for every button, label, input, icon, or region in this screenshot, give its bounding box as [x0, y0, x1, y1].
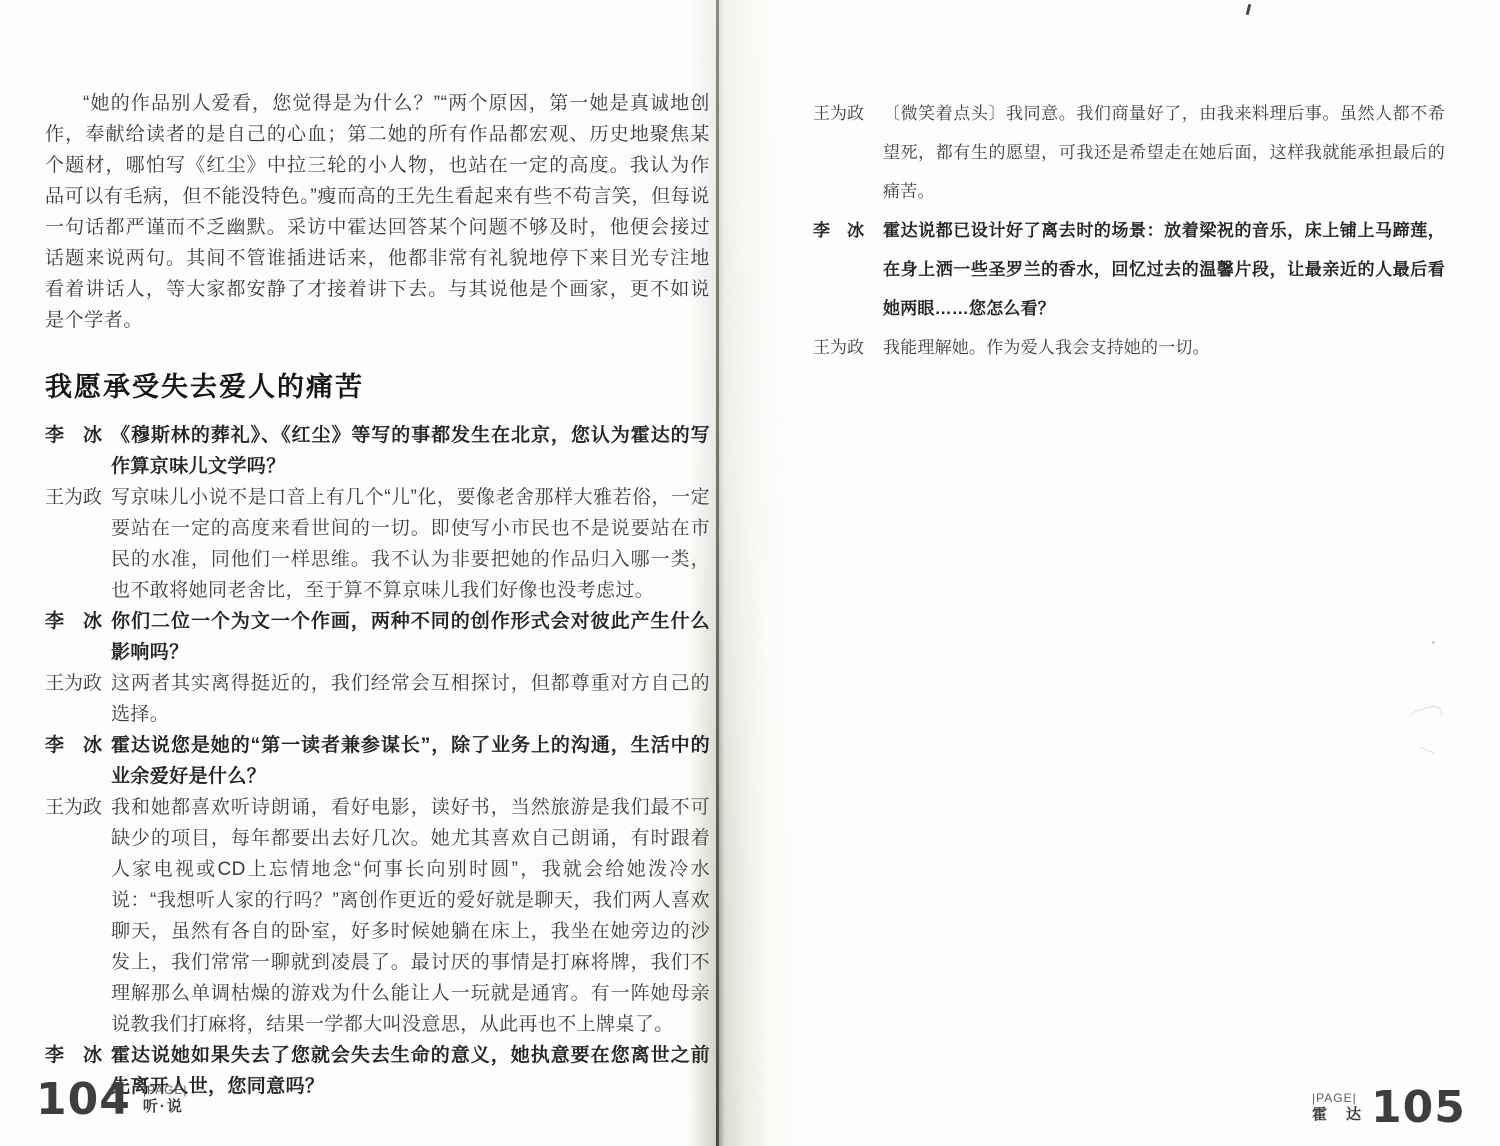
- qa-text: 这两者其实离得挺近的，我们经常会互相探讨，但都尊重对方自己的选择。: [111, 668, 710, 730]
- qa-item: 王为政 我能理解她。作为爱人我会支持她的一切。: [813, 328, 1445, 367]
- left-page: “她的作品别人爱看，您觉得是为什么？”“两个原因，第一她是真诚地创作，奉献给读者…: [45, 88, 710, 1102]
- qa-text: 我和她都喜欢听诗朗诵，看好电影，读好书，当然旅游是我们最不可缺少的项目，每年都要…: [111, 792, 710, 1040]
- page-label: |PAGE|: [1312, 1091, 1363, 1105]
- scan-speck: [1246, 4, 1252, 15]
- qa-item: 李 冰 霍达说您是她的“第一读者兼参谋长”，除了业务上的沟通，生活中的业余爱好是…: [45, 730, 710, 792]
- qa-text: 霍达说都已设计好了离去时的场景：放着梁祝的音乐，床上铺上马蹄莲，在身上洒一些圣罗…: [883, 211, 1445, 328]
- qa-text: 霍达说她如果失去了您就会失去生命的意义，她执意要在您离世之前先离开人世，您同意吗…: [111, 1040, 710, 1102]
- speaker-label: 王为政: [813, 94, 877, 211]
- speaker-label: 王为政: [45, 792, 107, 1040]
- qa-text: 我能理解她。作为爱人我会支持她的一切。: [883, 328, 1445, 367]
- chapter-title: 霍 达: [1312, 1105, 1363, 1124]
- qa-item: 李 冰 《穆斯林的葬礼》、《红尘》等写的事都发生在北京，您认为霍达的写作算京味儿…: [45, 420, 710, 482]
- right-page: 王为政 〔微笑着点头〕我同意。我们商量好了，由我来料理后事。虽然人都不希望死，都…: [813, 94, 1445, 367]
- book-gutter-fold-line: [716, 0, 719, 1146]
- qa-item: 王为政 我和她都喜欢听诗朗诵，看好电影，读好书，当然旅游是我们最不可缺少的项目，…: [45, 792, 710, 1040]
- speaker-label: 李 冰: [45, 730, 107, 792]
- right-page-footer: |PAGE| 霍 达 105: [1312, 1086, 1466, 1130]
- qa-text: 写京味儿小说不是口音上有几个“儿”化，要像老舍那样大雅若俗，一定要站在一定的高度…: [111, 482, 710, 606]
- speaker-label: 李 冰: [45, 606, 107, 668]
- intro-paragraph: “她的作品别人爱看，您觉得是为什么？”“两个原因，第一她是真诚地创作，奉献给读者…: [45, 88, 710, 336]
- page-number: 104: [36, 1078, 131, 1122]
- speaker-label: 王为政: [45, 482, 107, 606]
- qa-text: 霍达说您是她的“第一读者兼参谋长”，除了业务上的沟通，生活中的业余爱好是什么？: [111, 730, 710, 792]
- qa-item: 王为政 〔微笑着点头〕我同意。我们商量好了，由我来料理后事。虽然人都不希望死，都…: [813, 94, 1445, 211]
- qa-item: 王为政 这两者其实离得挺近的，我们经常会互相探讨，但都尊重对方自己的选择。: [45, 668, 710, 730]
- left-page-footer: 104 |PAGE| 听·说: [36, 1078, 188, 1122]
- qa-item: 李 冰 你们二位一个为文一个作画，两种不同的创作形式会对彼此产生什么影响吗？: [45, 606, 710, 668]
- book-spread: “她的作品别人爱看，您觉得是为什么？”“两个原因，第一她是真诚地创作，奉献给读者…: [0, 0, 1500, 1146]
- qa-text: 你们二位一个为文一个作画，两种不同的创作形式会对彼此产生什么影响吗？: [111, 606, 710, 668]
- left-qa-list: 李 冰 《穆斯林的葬礼》、《红尘》等写的事都发生在北京，您认为霍达的写作算京味儿…: [45, 420, 710, 1102]
- page-label: |PAGE|: [143, 1083, 188, 1097]
- speaker-label: 李 冰: [813, 211, 877, 328]
- speaker-label: 王为政: [45, 668, 107, 730]
- speaker-label: 王为政: [813, 328, 877, 367]
- speaker-label: 李 冰: [45, 420, 107, 482]
- section-heading: 我愿承受失去爱人的痛苦: [45, 370, 710, 404]
- qa-text: 〔微笑着点头〕我同意。我们商量好了，由我来料理后事。虽然人都不希望死，都有生的愿…: [883, 94, 1445, 211]
- footer-meta: |PAGE| 听·说: [143, 1078, 188, 1116]
- right-qa-list: 王为政 〔微笑着点头〕我同意。我们商量好了，由我来料理后事。虽然人都不希望死，都…: [813, 94, 1445, 367]
- footer-meta: |PAGE| 霍 达: [1312, 1086, 1363, 1124]
- qa-text: 《穆斯林的葬礼》、《红尘》等写的事都发生在北京，您认为霍达的写作算京味儿文学吗？: [111, 420, 710, 482]
- scan-scratch: [1421, 740, 1437, 754]
- page-number: 105: [1371, 1086, 1466, 1130]
- scan-speck: [1432, 641, 1435, 644]
- qa-item: 李 冰 霍达说都已设计好了离去时的场景：放着梁祝的音乐，床上铺上马蹄莲，在身上洒…: [813, 211, 1445, 328]
- scan-scratch: [1406, 703, 1443, 729]
- section-title: 听·说: [143, 1097, 188, 1116]
- qa-item: 王为政 写京味儿小说不是口音上有几个“儿”化，要像老舍那样大雅若俗，一定要站在一…: [45, 482, 710, 606]
